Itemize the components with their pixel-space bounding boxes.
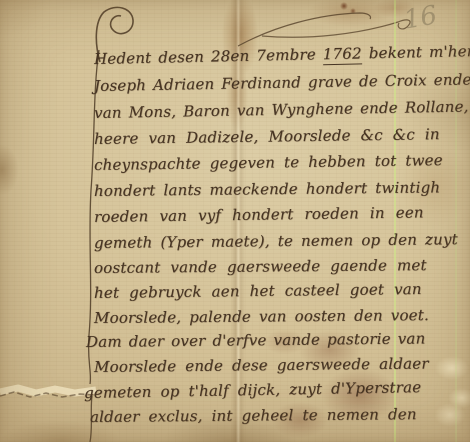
manuscript-page: 16 Hedent desen 28en 7embre 1762 bekent … [0,0,470,442]
edge-vignette [0,0,470,442]
